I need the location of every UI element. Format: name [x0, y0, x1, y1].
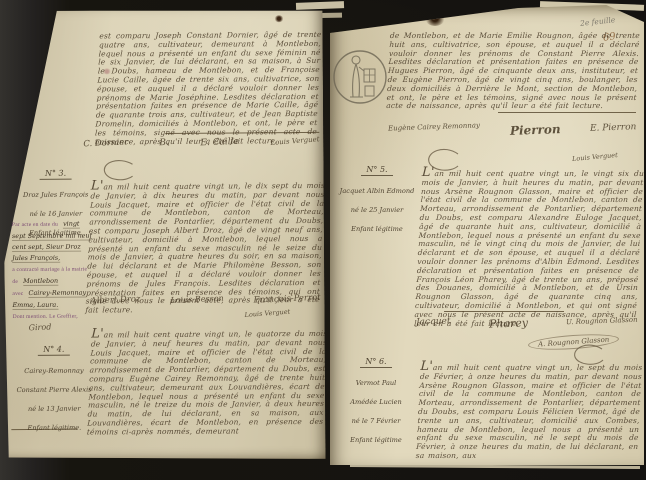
left-page: est comparu Joseph Constant Dornier, âgé… — [2, 9, 325, 461]
signature: Girod — [28, 323, 51, 332]
handwritten-fill: Montlebon — [23, 277, 58, 286]
handwritten-fill: vingt — [63, 220, 79, 229]
legitimacy-note: Enfant légitime — [351, 225, 403, 233]
margin-note-n4: N° 4. Cairey-Remonnay Constant Pierre Al… — [13, 336, 96, 434]
act-number: N° 5. — [361, 165, 392, 176]
handwritten-fill: cent sept, Sieur Droz — [12, 243, 81, 252]
child-name: Jacquet Albin Edmond — [340, 187, 415, 195]
handwritten-fill: Cairey-Remonnay — [29, 289, 87, 298]
signature: E. Caille — [200, 137, 239, 149]
handwritten-fill: sept Septembre mil neuf — [12, 232, 92, 242]
ink-blot — [274, 15, 283, 22]
birth-date: né le 25 Janvier — [351, 206, 404, 214]
signature: Pharey — [489, 316, 528, 330]
margin-note-n5: N° 5. Jacquet Albin Edmond né le 25 Janv… — [336, 157, 418, 235]
signature: E. Pierron — [589, 122, 636, 134]
act-number: N° 4. — [38, 345, 69, 356]
stamped-text: de — [12, 279, 18, 285]
signature: U. Rougnon Glasson — [566, 316, 638, 326]
legitimacy-note: Enfant légitime — [350, 436, 402, 444]
stamped-text: avec — [12, 291, 23, 297]
paraph-flourish-icon — [98, 158, 140, 184]
signature: Louis Verguet — [270, 135, 320, 147]
pencil-note: 2e feuille — [580, 15, 616, 28]
signature: B. — [159, 138, 169, 148]
child-firstnames: Amédée Lucien — [350, 398, 402, 406]
signature-row: Jacquet Pharey U. Rougnon Glasson — [416, 317, 638, 330]
act-paragraph-n6: L'an mil huit cent quatre vingt un, le s… — [415, 363, 642, 461]
signature: Albert Droz — [90, 294, 140, 306]
birth-date: né le 7 Février — [352, 417, 401, 425]
archival-scan-background: { "document": { "kind_note": "registre m… — [0, 0, 646, 480]
birth-date: né le 13 Janvier — [28, 405, 81, 413]
act-paragraph-continuation: de Montlebon, et de Marie Emilie Rougnon… — [386, 32, 640, 111]
closing-rule — [498, 112, 636, 113]
handwritten-fill: Jules François, — [12, 254, 60, 263]
handwritten-fill: Emma, Laura. — [12, 301, 58, 310]
act-paragraph-continuation: est comparu Joseph Constant Dornier, âgé… — [94, 31, 321, 147]
signature: Eugène Cairey Remonnay — [388, 121, 480, 132]
signature-row: Eugène Cairey Remonnay Pierron E. Pierro… — [388, 123, 636, 137]
signature: Jacquet — [416, 316, 451, 327]
signature: Louis Verguet — [572, 151, 618, 163]
stamped-text: Par acte en date du — [12, 222, 58, 228]
binding-page-edge — [296, 1, 344, 10]
act-number: N° 6. — [360, 357, 391, 368]
act-paragraph-n5: L'an mil huit cent quatre vingt un, le v… — [414, 169, 644, 328]
child-firstnames: Constant Pierre Alexis — [17, 386, 92, 395]
act-number: N° 3. — [40, 169, 71, 180]
signature: François Perrot — [253, 293, 321, 306]
child-surname: Cairey-Remonnay — [24, 367, 83, 375]
signature-row: C. Dornier B. E. Caille Louis Verguet — [83, 137, 319, 149]
child-surname: Vermot Paul — [356, 379, 397, 387]
ink-blot — [425, 11, 445, 26]
margin-note-n6: N° 6. Vermot Paul Amédée Lucien né le 7 … — [334, 349, 418, 446]
stamped-text: a contracté mariage à la mairie — [12, 267, 87, 274]
signature: Louis Besson — [170, 294, 224, 305]
closing-rule — [444, 311, 564, 312]
signature: Pierron — [509, 122, 560, 138]
act-paragraph-n4: L'an mil huit cent quatre vingt un, le q… — [87, 329, 328, 437]
revenue-stamp-icon — [331, 47, 389, 107]
signature: C. Dornier — [83, 137, 128, 149]
signature-row: Albert Droz Louis Besson François Perrot — [90, 294, 320, 306]
right-page: 2e feuille 69 de Montlebon, et de Marie … — [330, 5, 644, 465]
child-name: Droz Jules François — [23, 191, 88, 199]
stamped-text: Dont mention. Le Greffier, — [13, 314, 78, 320]
